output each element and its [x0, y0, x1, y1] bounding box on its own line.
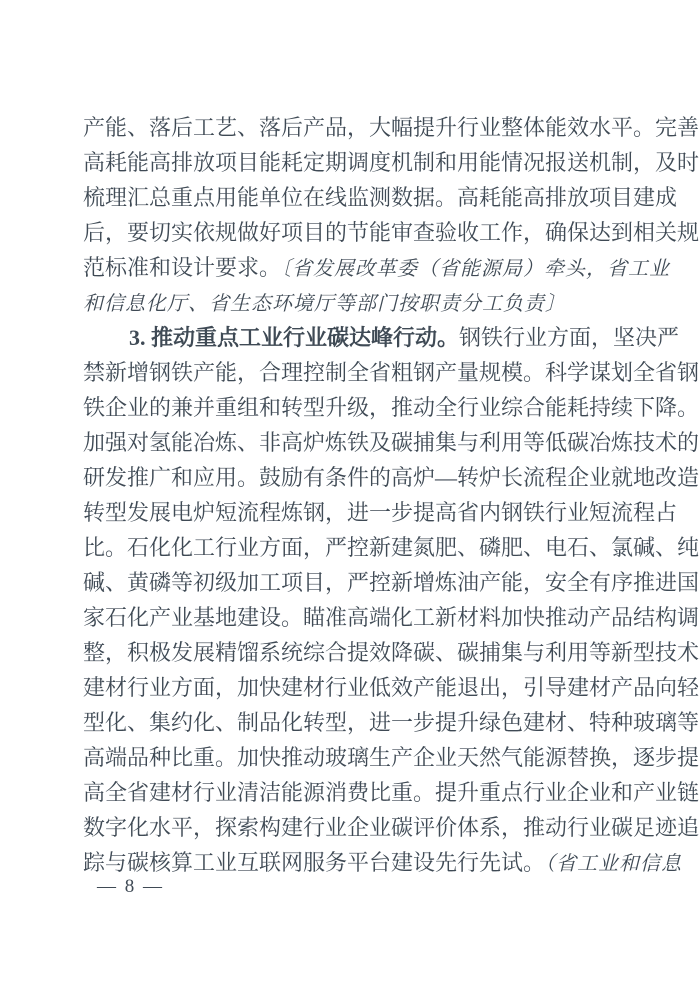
- document-page: { "document": { "page_number": "— 8 —", …: [0, 0, 700, 991]
- text-line-10: 加强对氢能冶炼、非高炉炼铁及碳捕集与利用等低碳冶炼技术的: [83, 425, 620, 460]
- text-line-19: 高端品种比重。加快推动玻璃生产企业天然气能源替换，逐步提: [83, 740, 620, 775]
- text-line-11: 研发推广和应用。鼓励有条件的高炉—转炉长流程企业就地改造: [83, 460, 620, 495]
- text-line-16: 整，积极发展精馏系统综合提效降碳、碳捕集与利用等新型技术。: [83, 635, 620, 670]
- text-segment-normal: 高全省建材行业清洁能源消费比重。提升重点行业企业和产业链: [83, 780, 699, 805]
- text-segment-kai: 〔省发展改革委（省能源局）牵头，省工业: [281, 258, 670, 280]
- text-segment-normal: 型化、集约化、制品化转型，进一步提升绿色建材、特种玻璃等: [83, 710, 699, 735]
- text-line-21: 数字化水平，探索构建行业企业碳评价体系，推动行业碳足迹追: [83, 810, 620, 845]
- text-segment-normal: 研发推广和应用。鼓励有条件的高炉—转炉长流程企业就地改造: [83, 465, 699, 490]
- text-segment-normal: 数字化水平，探索构建行业企业碳评价体系，推动行业碳足迹追: [83, 815, 699, 840]
- text-segment-normal: 踪与碳核算工业互联网服务平台建设先行先试。: [83, 850, 545, 875]
- page-number: — 8 —: [97, 873, 164, 901]
- text-segment-kai: 和信息化厅、省生态环境厅等部门按职责分工负责〕: [83, 293, 566, 315]
- text-line-13: 比。石化化工行业方面，严控新建氮肥、磷肥、电石、氯碱、纯: [83, 530, 620, 565]
- text-line-17: 建材行业方面，加快建材行业低效产能退出，引导建材产品向轻: [83, 670, 620, 705]
- text-segment-normal: 铁企业的兼并重组和转型升级，推动全行业综合能耗持续下降。: [83, 395, 699, 420]
- text-segment-normal: 产能、落后工艺、落后产品，大幅提升行业整体能效水平。完善: [83, 115, 699, 140]
- text-line-5: 范标准和设计要求。〔省发展改革委（省能源局）牵头，省工业: [83, 250, 620, 285]
- text-line-12: 转型发展电炉短流程炼钢，进一步提高省内钢铁行业短流程占: [83, 495, 620, 530]
- text-segment-normal: 碱、黄磷等初级加工项目，严控新增炼油产能，安全有序推进国: [83, 570, 699, 595]
- text-segment-normal: 高耗能高排放项目能耗定期调度机制和用能情况报送机制，及时: [83, 150, 699, 175]
- text-segment-bold: 3. 推动重点工业行业碳达峰行动。: [129, 325, 459, 350]
- document-body: 产能、落后工艺、落后产品，大幅提升行业整体能效水平。完善高耗能高排放项目能耗定期…: [83, 110, 620, 880]
- text-line-8: 禁新增钢铁产能，合理控制全省粗钢产量规模。科学谋划全省钢: [83, 355, 620, 390]
- text-segment-normal: 整，积极发展精馏系统综合提效降碳、碳捕集与利用等新型技术。: [83, 640, 700, 665]
- text-line-6: 和信息化厅、省生态环境厅等部门按职责分工负责〕: [83, 285, 620, 320]
- text-line-9: 铁企业的兼并重组和转型升级，推动全行业综合能耗持续下降。: [83, 390, 620, 425]
- text-segment-normal: 建材行业方面，加快建材行业低效产能退出，引导建材产品向轻: [83, 675, 699, 700]
- text-segment-normal: 加强对氢能冶炼、非高炉炼铁及碳捕集与利用等低碳冶炼技术的: [83, 430, 699, 455]
- text-segment-normal: 钢铁行业方面，坚决严: [459, 325, 679, 350]
- text-segment-normal: 高端品种比重。加快推动玻璃生产企业天然气能源替换，逐步提: [83, 745, 699, 770]
- text-segment-normal: 禁新增钢铁产能，合理控制全省粗钢产量规模。科学谋划全省钢: [83, 360, 699, 385]
- text-line-18: 型化、集约化、制品化转型，进一步提升绿色建材、特种玻璃等: [83, 705, 620, 740]
- text-line-2: 高耗能高排放项目能耗定期调度机制和用能情况报送机制，及时: [83, 145, 620, 180]
- text-line-15: 家石化产业基地建设。瞄准高端化工新材料加快推动产品结构调: [83, 600, 620, 635]
- text-segment-normal: 后，要切实依规做好项目的节能审查验收工作，确保达到相关规: [83, 220, 699, 245]
- text-line-4: 后，要切实依规做好项目的节能审查验收工作，确保达到相关规: [83, 215, 620, 250]
- text-segment-normal: 家石化产业基地建设。瞄准高端化工新材料加快推动产品结构调: [83, 605, 699, 630]
- text-segment-normal: 转型发展电炉短流程炼钢，进一步提高省内钢铁行业短流程占: [83, 500, 677, 525]
- text-line-20: 高全省建材行业清洁能源消费比重。提升重点行业企业和产业链: [83, 775, 620, 810]
- text-segment-normal: 梳理汇总重点用能单位在线监测数据。高耗能高排放项目建成: [83, 185, 677, 210]
- text-segment-normal: 比。石化化工行业方面，严控新建氮肥、磷肥、电石、氯碱、纯: [83, 535, 699, 560]
- text-line-3: 梳理汇总重点用能单位在线监测数据。高耗能高排放项目建成: [83, 180, 620, 215]
- scanned-page: 产能、落后工艺、落后产品，大幅提升行业整体能效水平。完善高耗能高排放项目能耗定期…: [0, 0, 700, 991]
- text-segment-kai: （省工业和信息: [545, 853, 682, 875]
- text-line-7: 3. 推动重点工业行业碳达峰行动。钢铁行业方面，坚决严: [83, 320, 620, 355]
- text-line-14: 碱、黄磷等初级加工项目，严控新增炼油产能，安全有序推进国: [83, 565, 620, 600]
- text-line-1: 产能、落后工艺、落后产品，大幅提升行业整体能效水平。完善: [83, 110, 620, 145]
- text-segment-normal: 范标准和设计要求。: [83, 255, 281, 280]
